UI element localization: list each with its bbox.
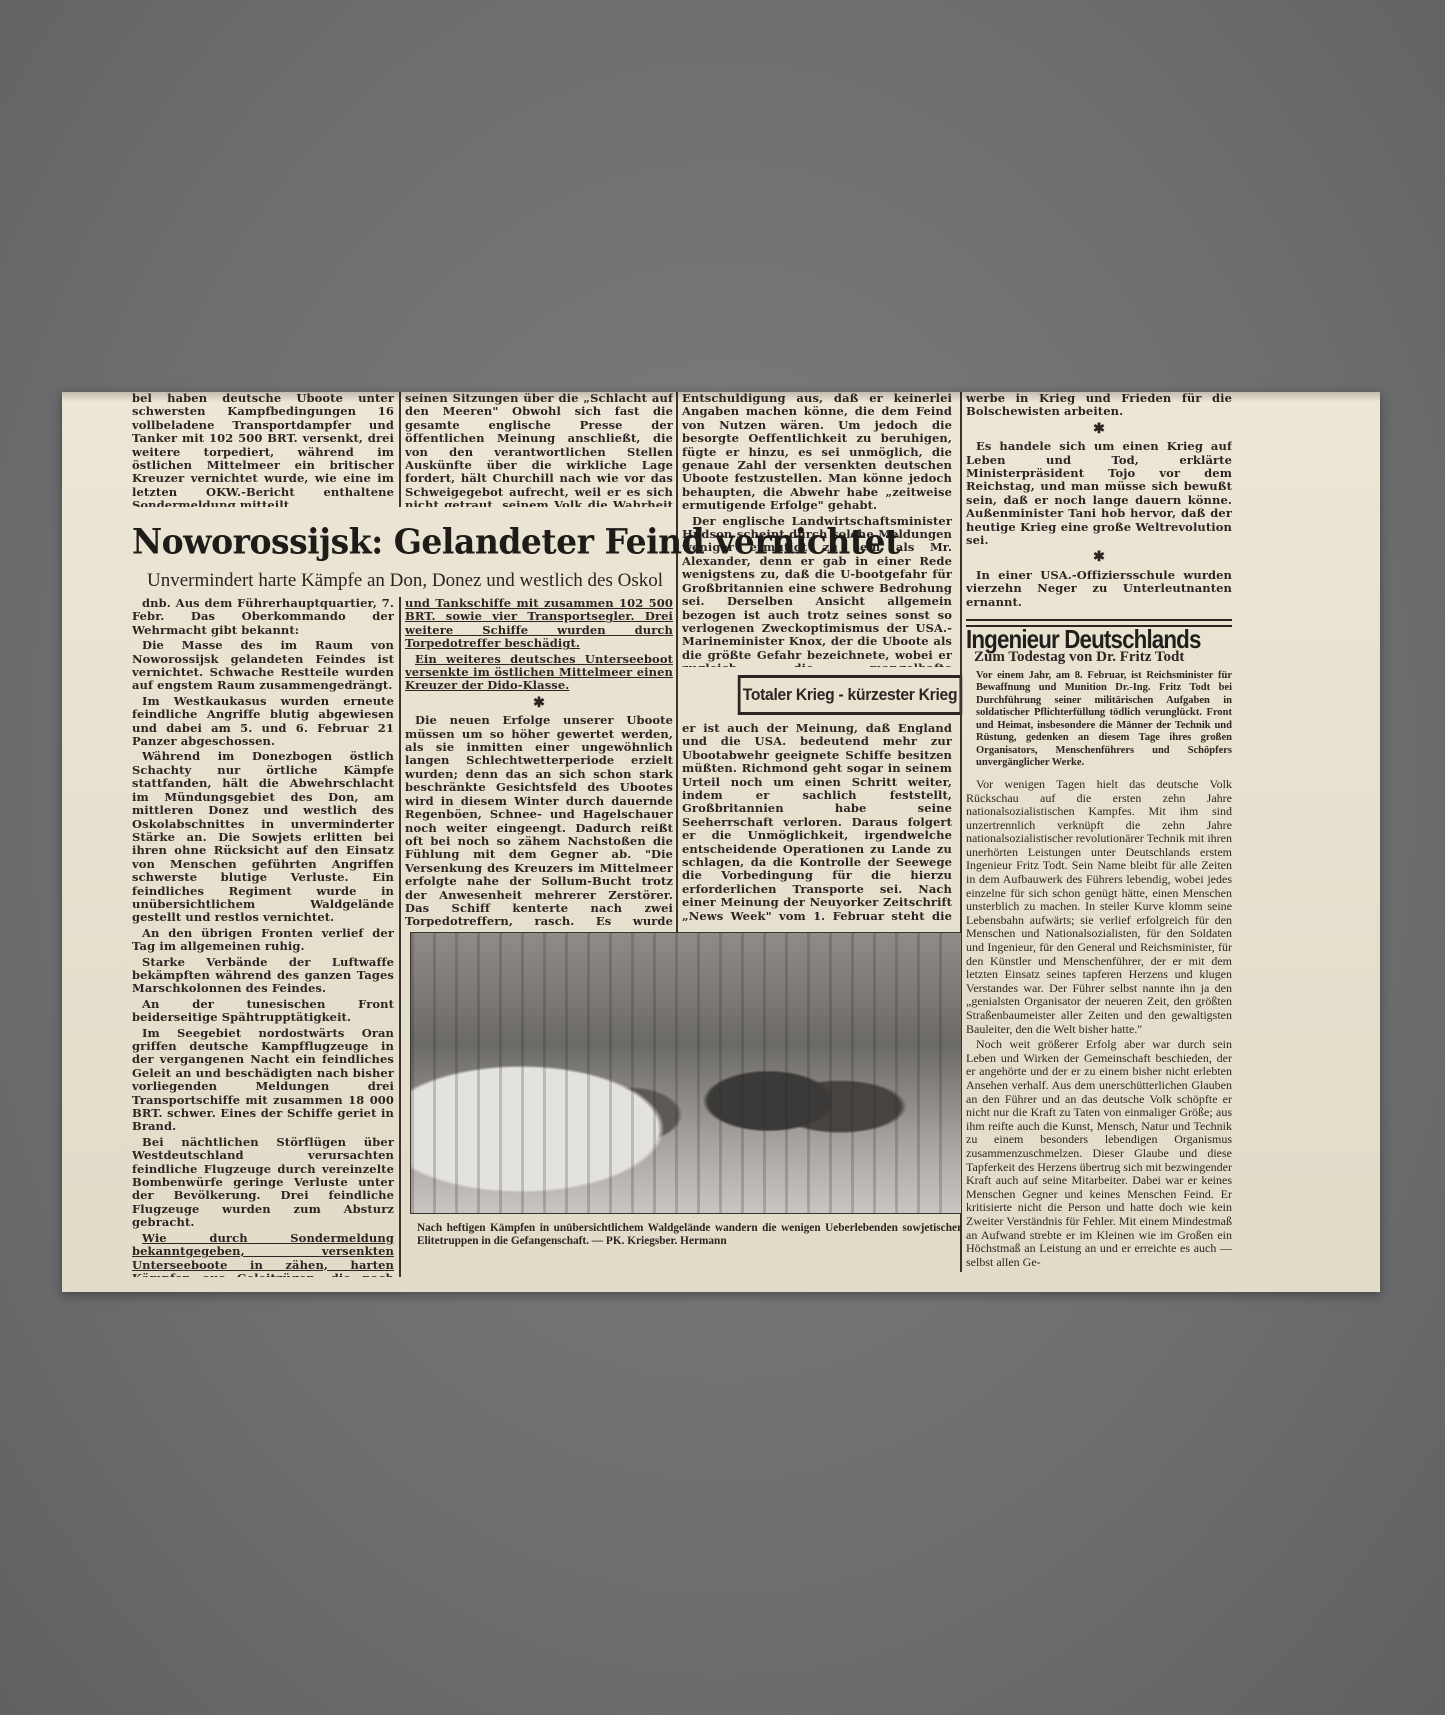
main-headline: Noworossijsk: Gelandeter Feind vernichte…	[132, 521, 677, 562]
paragraph: Bei nächtlichen Störflügen über Westdeut…	[132, 1136, 394, 1230]
asterisk-divider-icon: ✱	[405, 697, 673, 710]
photo-texture	[411, 933, 961, 1213]
paragraph: Starke Verbände der Luftwaffe bekämpften…	[132, 956, 394, 996]
boxed-headline: Totaler Krieg - kürzester Krieg	[738, 675, 962, 715]
todt-headline: Ingenieur Deutschlands	[966, 633, 1195, 646]
main-col1: dnb. Aus dem Führerhauptquartier, 7. Feb…	[132, 597, 394, 1277]
asterisk-divider-icon: ✱	[966, 551, 1232, 564]
paragraph: er ist auch der Meinung, daß England und…	[682, 722, 952, 922]
underlined-paragraph: und Tankschiffe mit zusammen 102 500 BRT…	[405, 597, 673, 651]
paragraph: An der tunesischen Front beiderseitige S…	[132, 998, 394, 1025]
paragraph: Es handele sich um einen Krieg auf Leben…	[966, 440, 1232, 547]
paragraph: Entschuldigung aus, daß er keinerlei Ang…	[682, 392, 952, 513]
paragraph: An den übrigen Fronten verlief der Tag i…	[132, 927, 394, 954]
paragraph: Vor wenigen Tagen hielt das deutsche Vol…	[966, 778, 1232, 1036]
paragraph: In einer USA.-Offiziersschule wurden vie…	[966, 569, 1232, 609]
photo-caption: Nach heftigen Kämpfen in unübersichtlich…	[417, 1222, 962, 1248]
news-photo	[410, 932, 962, 1214]
paragraph: Während im Donezbogen östlich Schachty n…	[132, 750, 394, 924]
paragraph: Im Seegebiet nordostwärts Oran griffen d…	[132, 1027, 394, 1134]
asterisk-divider-icon: ✱	[966, 423, 1232, 436]
col3-continued-text: er ist auch der Meinung, daß England und…	[682, 722, 952, 922]
column-rule	[399, 597, 401, 1277]
paragraph: Die neuen Erfolge unserer Uboote müssen …	[405, 714, 673, 927]
underlined-paragraph: Ein weiteres deutsches Unterseeboot vers…	[405, 653, 673, 693]
paragraph: seinen Sitzungen über die „Schlacht auf …	[405, 392, 673, 507]
todt-lead: Vor einem Jahr, am 8. Februar, ist Reich…	[976, 670, 1232, 770]
paragraph: Noch weit größerer Erfolg aber war durch…	[966, 1038, 1232, 1269]
paragraph: bel haben deutsche Uboote unter schwerst…	[132, 392, 394, 507]
col1-top-text: bel haben deutsche Uboote unter schwerst…	[132, 392, 394, 507]
paragraph: Die Masse des im Raum von Noworossijsk g…	[132, 639, 394, 693]
paragraph: dnb. Aus dem Führerhauptquartier, 7. Feb…	[132, 597, 394, 637]
col4-top-text: werbe in Krieg und Frieden für die Bolsc…	[966, 392, 1232, 609]
col4: werbe in Krieg und Frieden für die Bolsc…	[966, 392, 1232, 1272]
todt-body: Vor wenigen Tagen hielt das deutsche Vol…	[966, 778, 1232, 1269]
paragraph: werbe in Krieg und Frieden für die Bolsc…	[966, 392, 1232, 419]
newspaper-page: bel haben deutsche Uboote unter schwerst…	[62, 392, 1380, 1292]
column-rule	[399, 392, 401, 507]
main-col2: und Tankschiffe mit zusammen 102 500 BRT…	[405, 597, 673, 927]
main-subheadline: Unvermindert harte Kämpfe an Don, Donez …	[147, 570, 667, 592]
col2-top-text: seinen Sitzungen über die „Schlacht auf …	[405, 392, 673, 507]
underlined-paragraph: Wie durch Sondermeldung bekanntgegeben, …	[132, 1232, 394, 1277]
paragraph: Im Westkaukasus wurden erneute feindlich…	[132, 695, 394, 749]
